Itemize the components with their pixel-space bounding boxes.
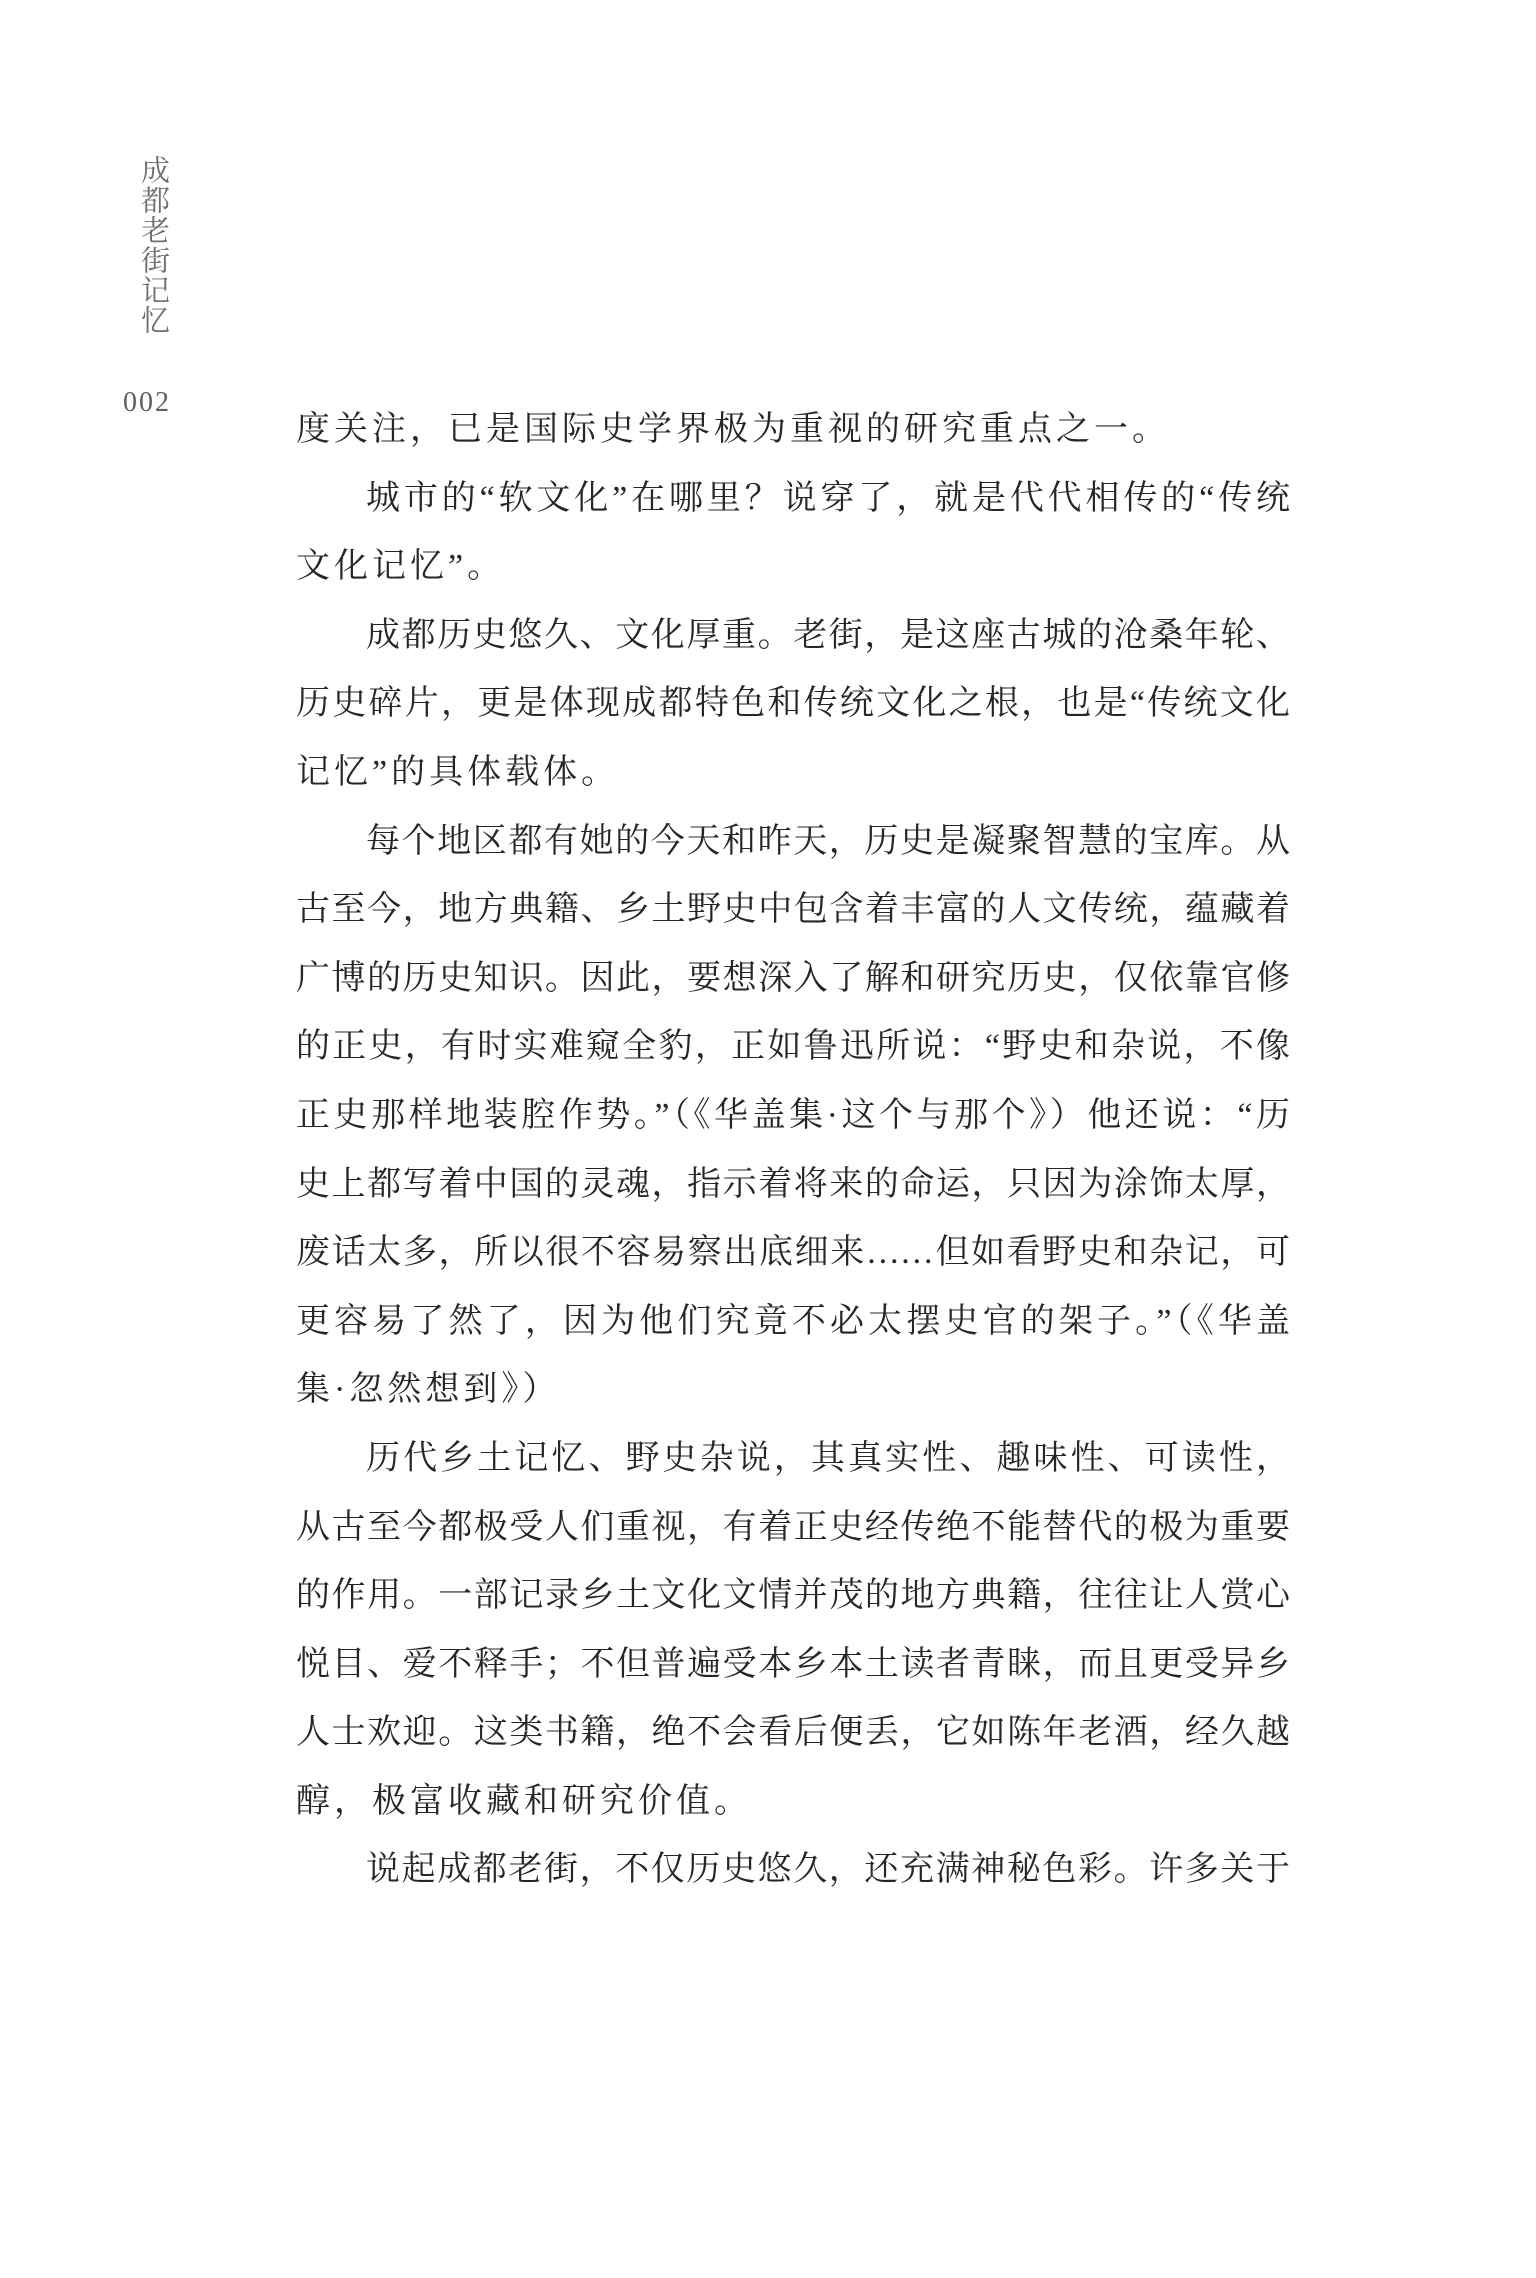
text-line: 历史碎片，更是体现成都特色和传统文化之根，也是“传统文化 bbox=[296, 670, 1290, 739]
text-line: 的正史，有时实难窥全豹，正如鲁迅所说：“野史和杂说，不像 bbox=[296, 1013, 1290, 1082]
text-line: 废话太多，所以很不容易察出底细来……但如看野史和杂记，可 bbox=[296, 1219, 1290, 1288]
book-page: 成都老街记忆 002 度关注，已是国际史学界极为重视的研究重点之一。城市的“软文… bbox=[0, 0, 1536, 2278]
text-line: 醇，极富收藏和研究价值。 bbox=[296, 1768, 1290, 1837]
page-number: 002 bbox=[123, 387, 171, 419]
body-text: 度关注，已是国际史学界极为重视的研究重点之一。城市的“软文化”在哪里？说穿了，就… bbox=[296, 396, 1290, 1905]
text-line: 文化记忆”。 bbox=[296, 533, 1290, 602]
book-title-vertical: 成都老街记忆 bbox=[137, 155, 168, 335]
text-line: 悦目、爱不释手；不但普遍受本乡本土读者青睐，而且更受异乡 bbox=[296, 1631, 1290, 1700]
text-line: 说起成都老街，不仅历史悠久，还充满神秘色彩。许多关于 bbox=[296, 1836, 1290, 1905]
text-line: 古至今，地方典籍、乡土野史中包含着丰富的人文传统，蕴藏着 bbox=[296, 876, 1290, 945]
text-line: 史上都写着中国的灵魂，指示着将来的命运，只因为涂饰太厚， bbox=[296, 1151, 1290, 1220]
text-line: 广博的历史知识。因此，要想深入了解和研究历史，仅依靠官修 bbox=[296, 945, 1290, 1014]
text-line: 成都历史悠久、文化厚重。老街，是这座古城的沧桑年轮、 bbox=[296, 602, 1290, 671]
text-line: 度关注，已是国际史学界极为重视的研究重点之一。 bbox=[296, 396, 1290, 465]
text-line: 从古至今都极受人们重视，有着正史经传绝不能替代的极为重要 bbox=[296, 1494, 1290, 1563]
text-line: 更容易了然了，因为他们究竟不必太摆史官的架子。”（《华盖 bbox=[296, 1288, 1290, 1357]
text-line: 集·忽然想到》） bbox=[296, 1356, 1290, 1425]
text-line: 正史那样地装腔作势。”（《华盖集·这个与那个》）他还说：“历 bbox=[296, 1082, 1290, 1151]
text-line: 人士欢迎。这类书籍，绝不会看后便丢，它如陈年老酒，经久越 bbox=[296, 1699, 1290, 1768]
text-line: 的作用。一部记录乡土文化文情并茂的地方典籍，往往让人赏心 bbox=[296, 1562, 1290, 1631]
text-line: 记忆”的具体载体。 bbox=[296, 739, 1290, 808]
text-line: 每个地区都有她的今天和昨天，历史是凝聚智慧的宝库。从 bbox=[296, 808, 1290, 877]
text-line: 城市的“软文化”在哪里？说穿了，就是代代相传的“传统 bbox=[296, 465, 1290, 534]
text-line: 历代乡土记忆、野史杂说，其真实性、趣味性、可读性， bbox=[296, 1425, 1290, 1494]
